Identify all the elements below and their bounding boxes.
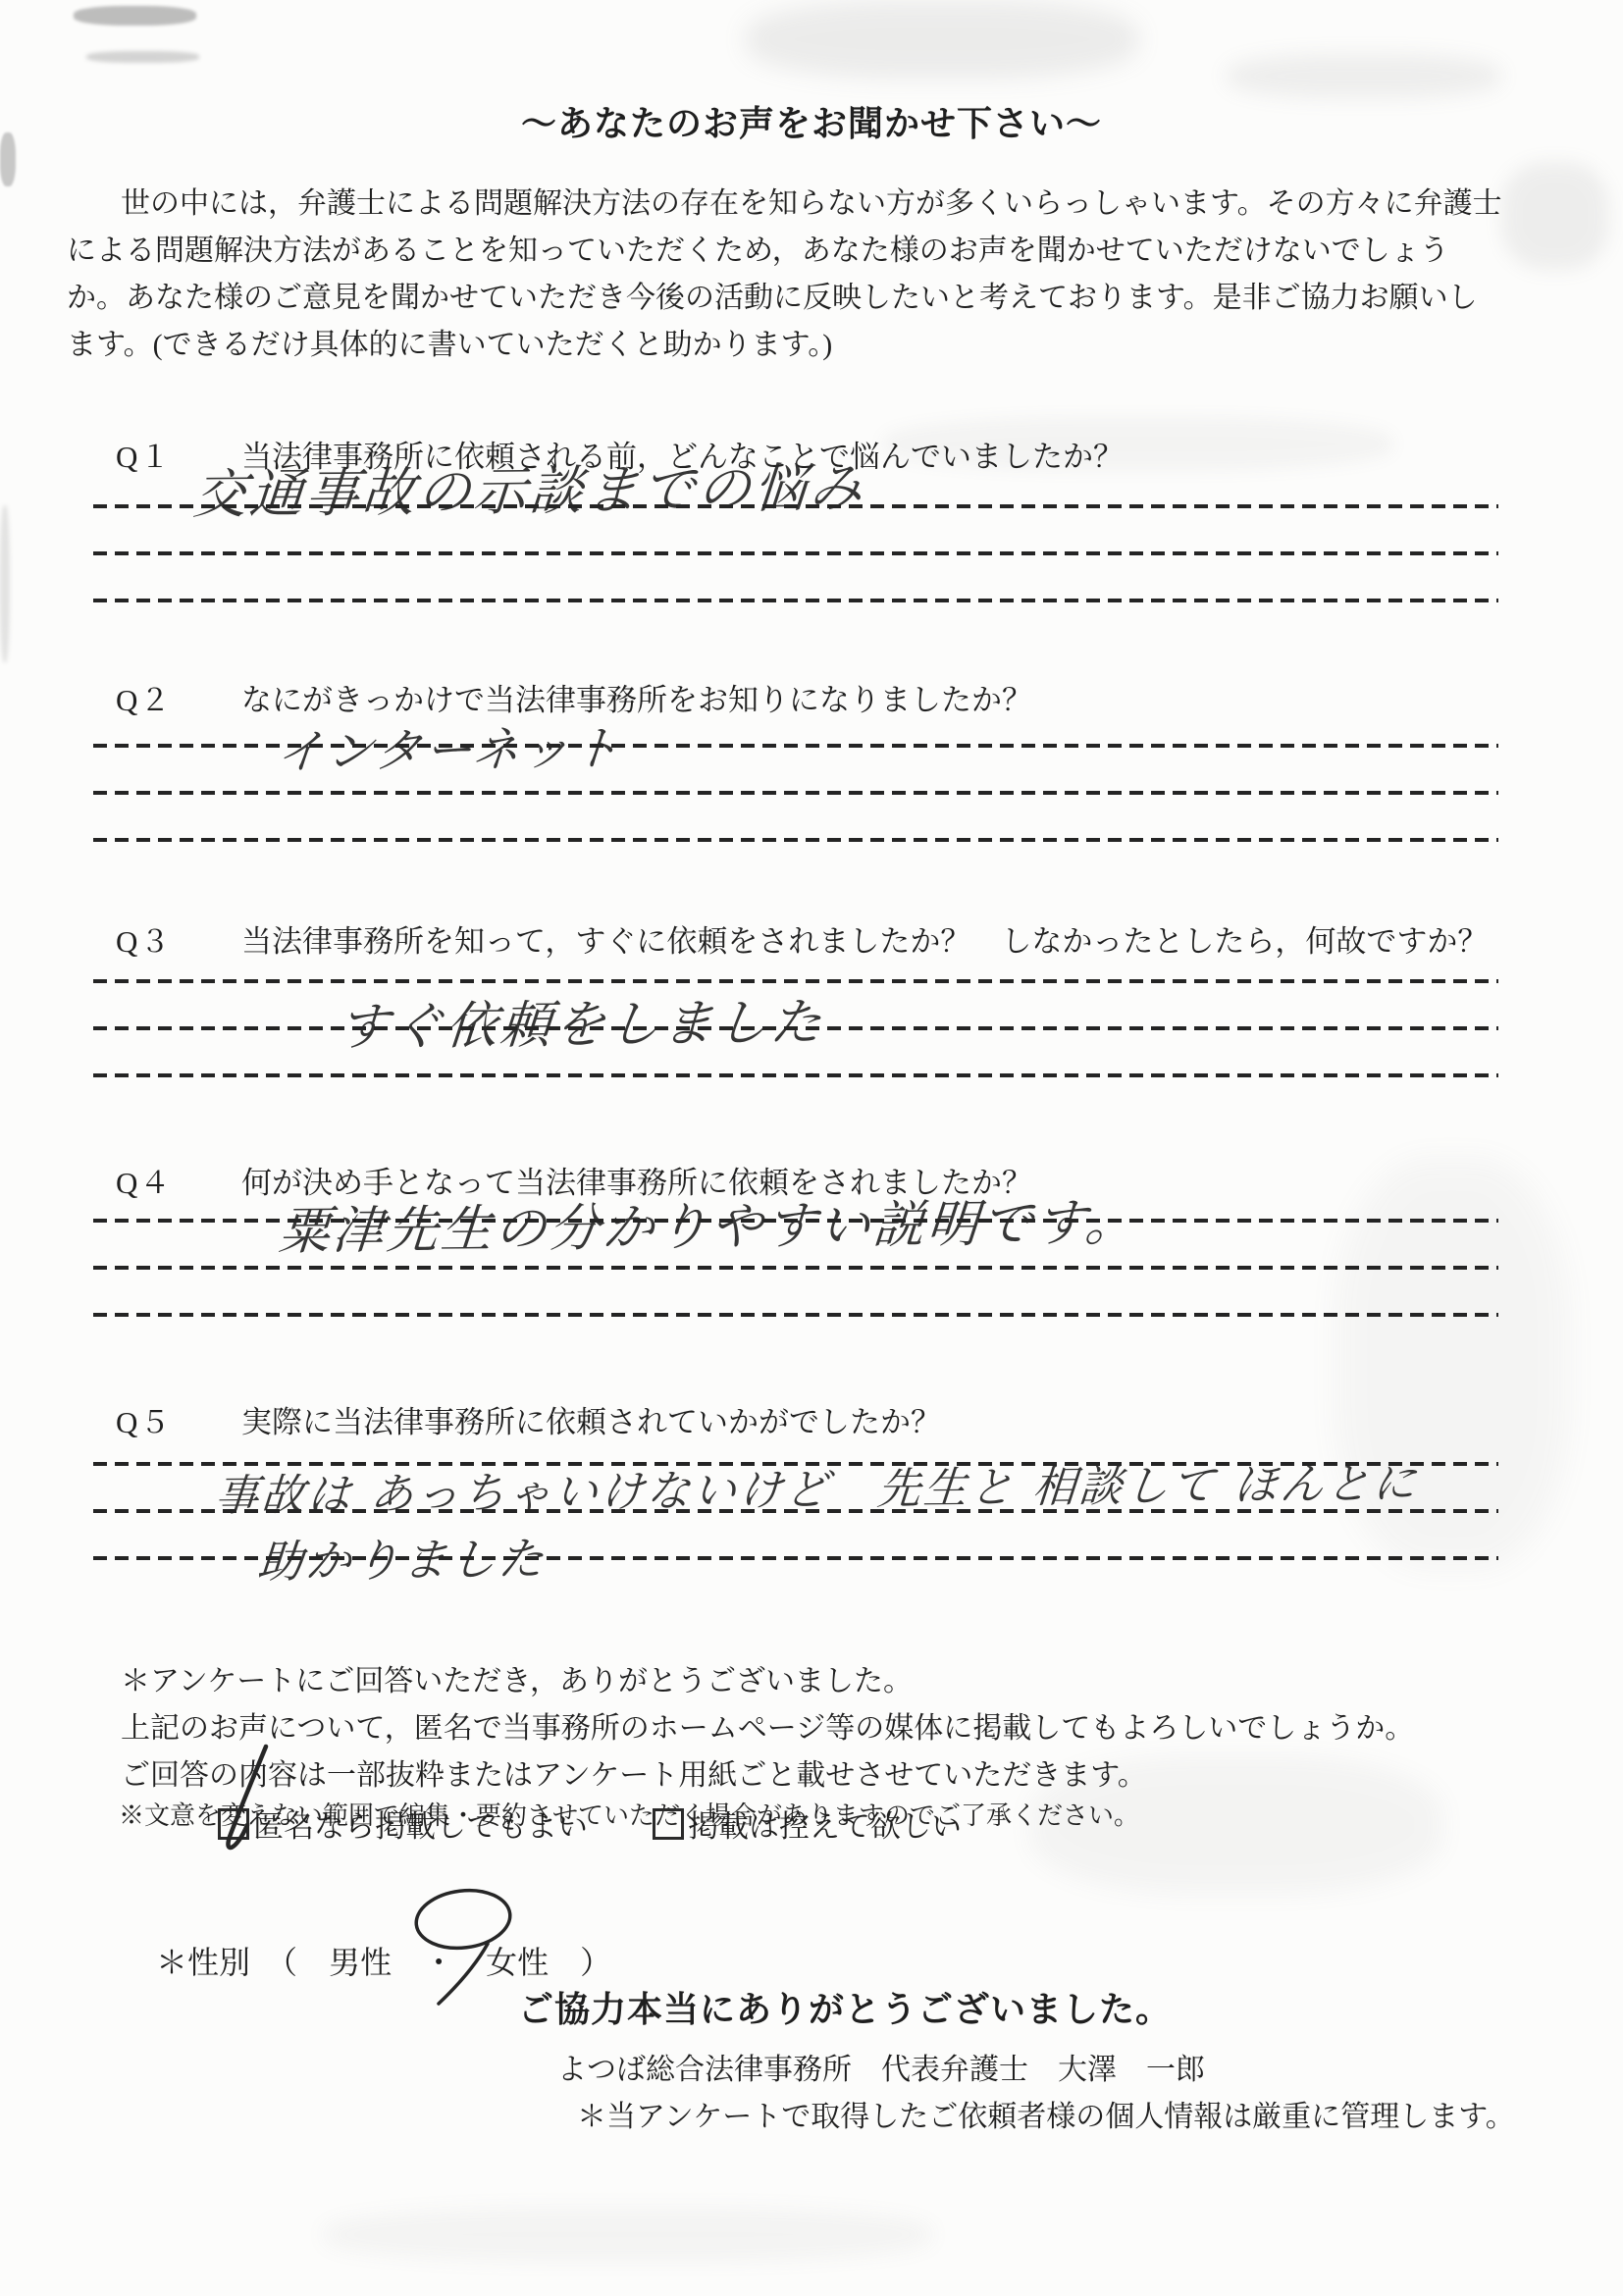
answer-line (93, 838, 1498, 842)
spacer (454, 1945, 486, 1980)
handwritten-answer: 事故は あっちゃいけないけど 先生と 相談して ほんとに (213, 1448, 1422, 1524)
gender-female: 女性 (486, 1945, 549, 1980)
question-label: Q５ (116, 1397, 241, 1441)
answer-line (93, 1266, 1498, 1270)
scan-artifact (86, 51, 199, 63)
intro-line: ます。(できるだけ具体的に書いていただくと助かります。) (67, 322, 1558, 369)
spacer (392, 1945, 423, 1980)
answer-line (93, 1073, 1498, 1077)
handwritten-answer: インターネット (274, 710, 625, 782)
intro-line: か。あなた様のご意見を聞かせていただき今後の活動に反映したいと考えております。是… (67, 275, 1558, 322)
scan-artifact (324, 2208, 932, 2262)
answer-line (93, 791, 1498, 795)
closing-thanks: ＊アンケートにご回答いただき，ありがとうございました。 (121, 1656, 913, 1699)
publish-consent-question: 上記のお声について，匿名で当事務所のホームページ等の媒体に掲載してもよろしいでし… (121, 1703, 1414, 1747)
gender-close-paren: ） (580, 1945, 611, 1980)
gender-separator: ・ (423, 1945, 454, 1980)
question-label: Q３ (116, 916, 241, 961)
question-text: 実際に当法律事務所に依頼されていかがでしたか？ (241, 1397, 941, 1441)
intro-paragraph: 世の中には，弁護士による問題解決方法の存在を知らない方が多くいらっしゃいます。そ… (67, 181, 1558, 369)
answer-line (93, 551, 1498, 555)
scan-artifact (0, 505, 10, 662)
question-label: Q４ (116, 1158, 241, 1202)
question-text: 当法律事務所を知って，すぐに依頼をされましたか？ しなかったとしたら，何故ですか… (241, 916, 1488, 961)
question-row: Q５ 実際に当法律事務所に依頼されていかがでしたか？ (116, 1397, 941, 1441)
question-row: Q３ 当法律事務所を知って，すぐに依頼をされましたか？ しなかったとしたら，何故… (116, 916, 1488, 961)
scan-artifact (1227, 54, 1501, 98)
gender-open-paren: （ (282, 1945, 297, 1980)
survey-page: ～あなたのお声をお聞かせ下さい～ 世の中には，弁護士による問題解決方法の存在を知… (0, 0, 1623, 2296)
spacer (549, 1945, 580, 1980)
handwritten-answer: 粟津先生の分かりやすい説明です。 (277, 1180, 1142, 1263)
footer-office: よつば総合法律事務所 代表弁護士 大澤 一郎 (557, 2045, 1205, 2088)
intro-line: による問題解決方法があることを知っていただくため，あなた様のお声を聞かせていただ… (67, 228, 1558, 275)
consent-option-anonymous: 匿名なら掲載してもよい (253, 1809, 588, 1844)
handwritten-answer: すぐ依頼をしました (336, 980, 827, 1059)
excerpt-note: ご回答の内容は一部抜粋またはアンケート用紙ごと載せさせていただきます。 (121, 1750, 1147, 1794)
answer-line (93, 599, 1498, 602)
checkbox-anonymous (218, 1808, 249, 1840)
answer-line (93, 1313, 1498, 1317)
checkbox-decline (653, 1808, 684, 1840)
handwritten-answer: 助かりました (255, 1523, 549, 1591)
page-title: ～あなたのお声をお聞かせ下さい～ (0, 96, 1623, 146)
consent-option-decline: 掲載は控えて欲しい (688, 1809, 962, 1844)
gender-male: 男性 (329, 1945, 392, 1980)
scan-artifact (74, 6, 196, 26)
handwritten-answer: 交通事故の示談までの悩み (191, 445, 869, 528)
intro-line: 世の中には，弁護士による問題解決方法の存在を知らない方が多くいらっしゃいます。そ… (67, 181, 1558, 228)
spacer (250, 1945, 282, 1980)
scan-artifact (746, 0, 1138, 78)
spacer (297, 1945, 329, 1980)
question-label: Q２ (116, 675, 241, 719)
gender-label: ＊性別 (156, 1945, 250, 1980)
footer-thanks: ご協力本当にありがとうございました。 (518, 1982, 1172, 2032)
consent-options: 匿名なら掲載してもよい掲載は控えて欲しい (218, 1801, 962, 1846)
footer-privacy: ＊当アンケートで取得したご依頼者様の個人情報は厳重に管理します。 (577, 2092, 1515, 2135)
